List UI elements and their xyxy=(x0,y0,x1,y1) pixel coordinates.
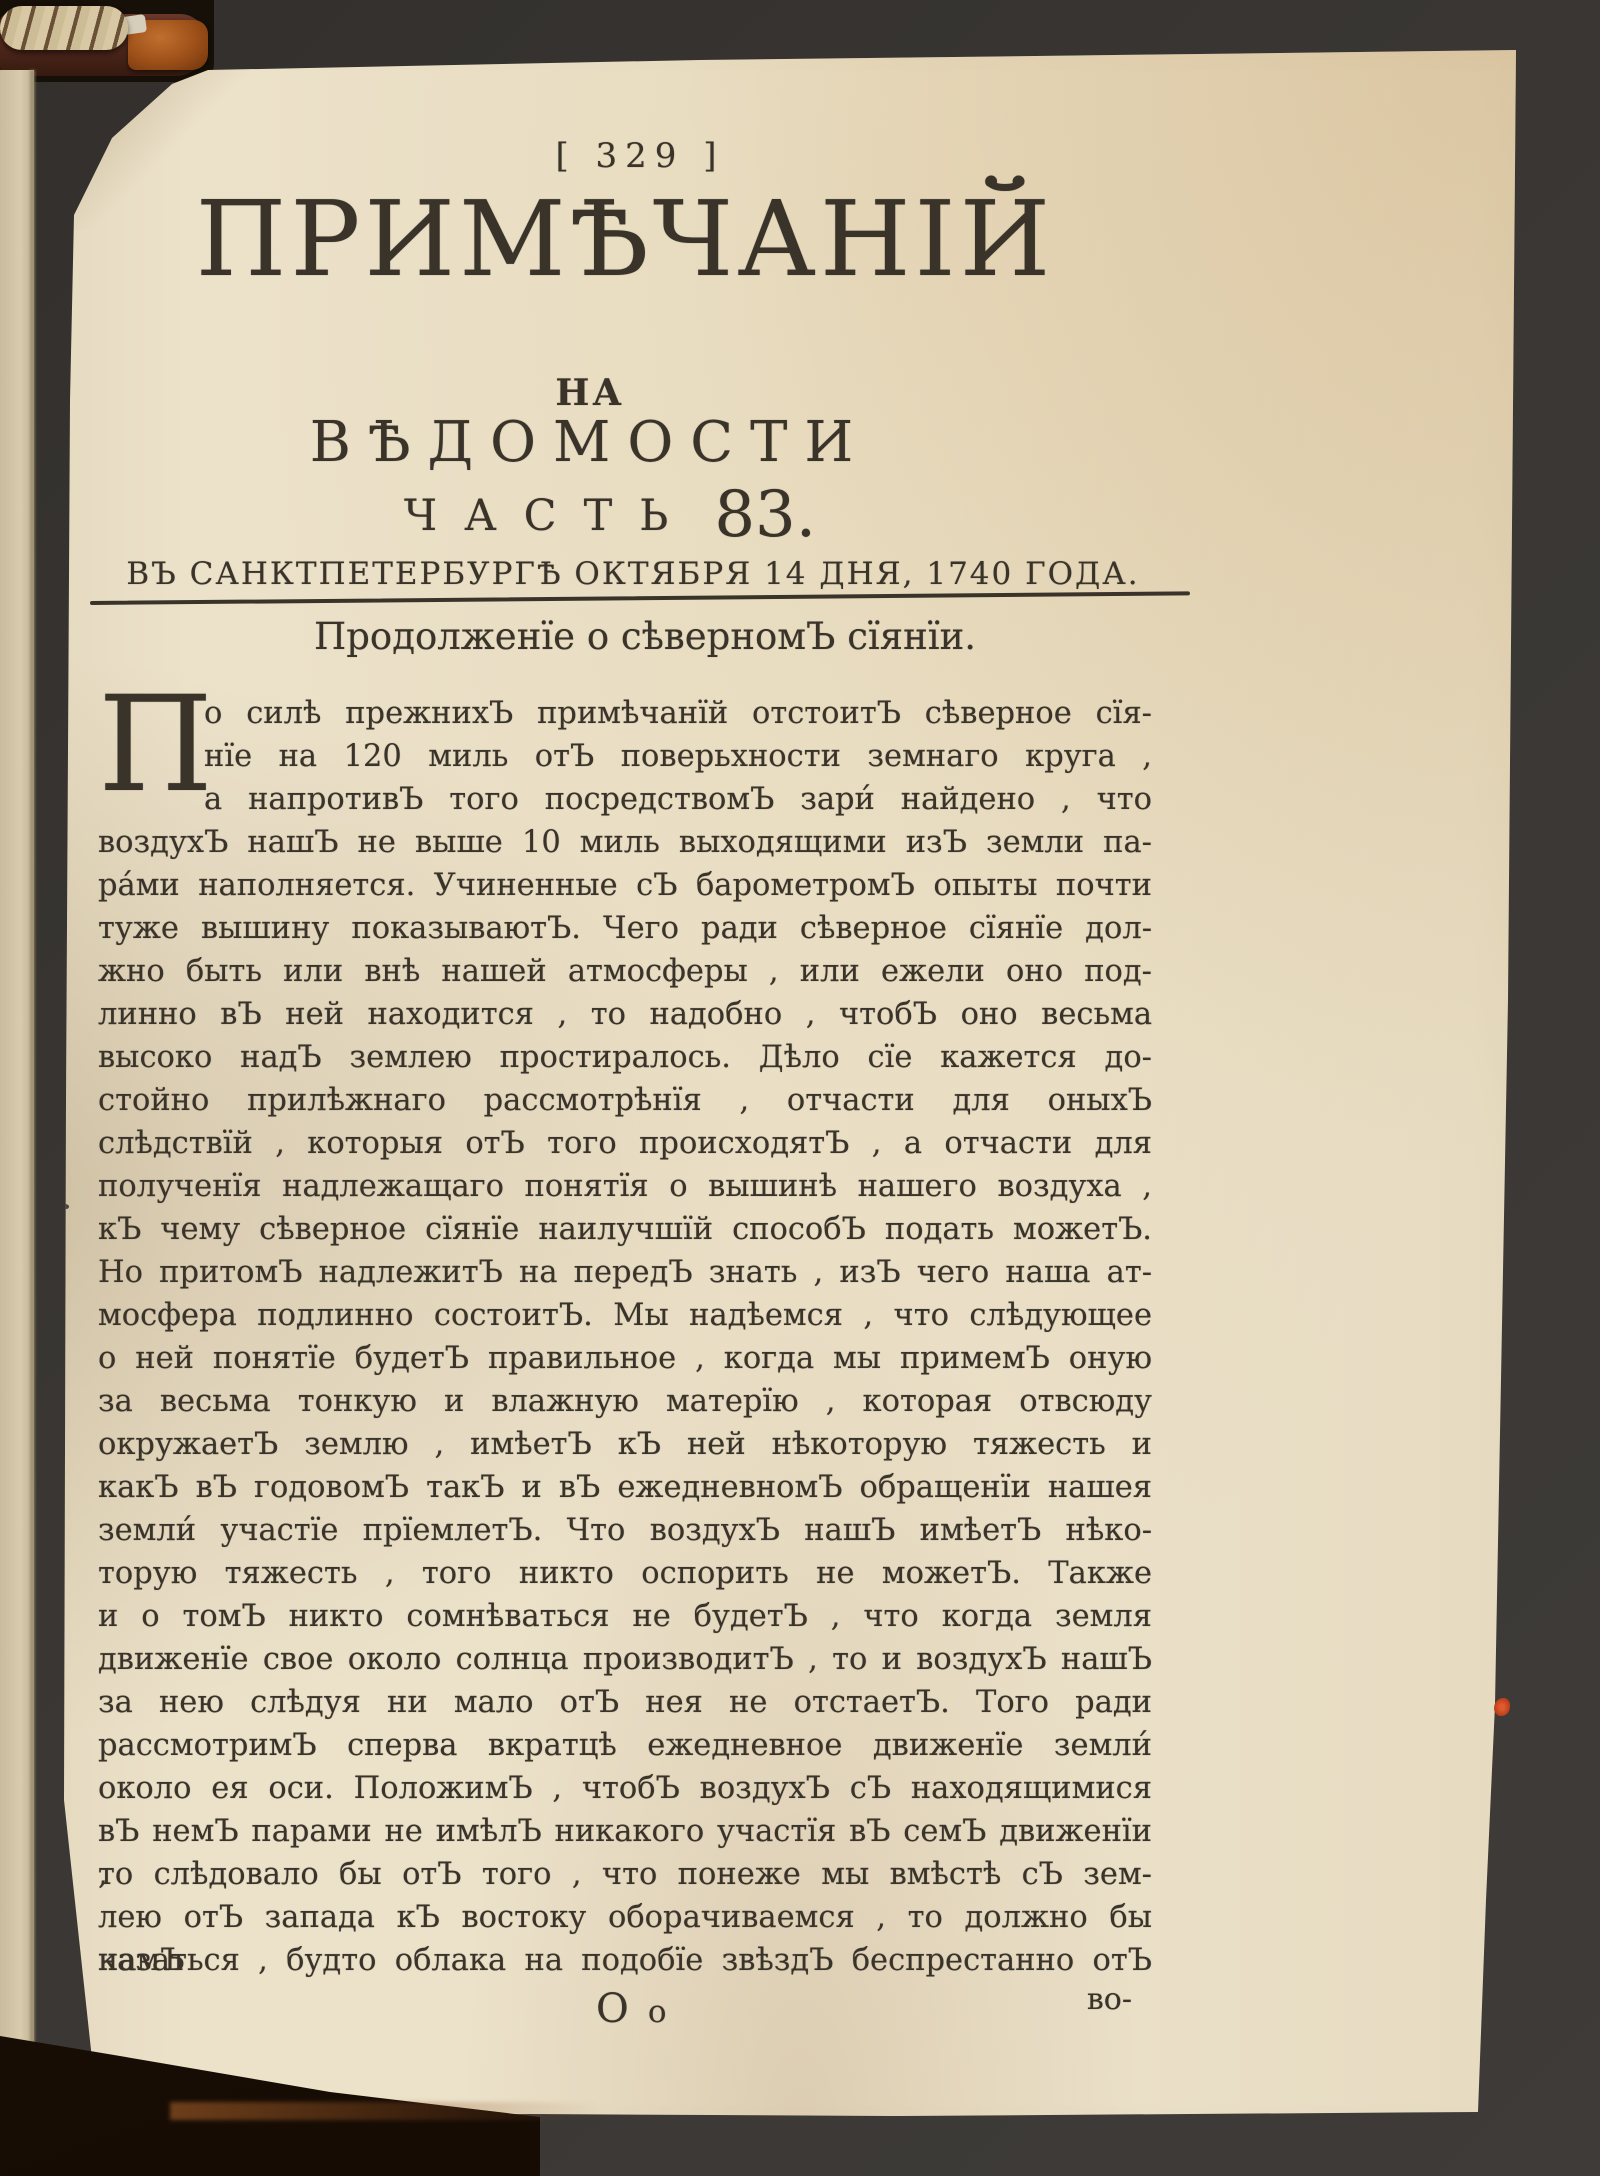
gutter-crease xyxy=(30,70,35,2100)
photograph-backdrop: [ 329 ] ПРИМѢЧАНІЙ НА ВѢДОМОСТИ ЧАСТЬ 83… xyxy=(0,0,1600,2176)
page-number: [ 329 ] xyxy=(545,136,735,176)
journal-title: ПРИМѢЧАНІЙ xyxy=(195,182,1055,296)
signature-mark: О о xyxy=(596,1986,667,2032)
title-na: НА xyxy=(505,372,675,414)
part-line: ЧАСТЬ 83. xyxy=(280,478,940,552)
body-line: линно вЪ ней находится , то надобно , чт… xyxy=(98,993,1152,1036)
red-edge-mark xyxy=(1494,1698,1510,1716)
body-line: окружаетЪ землю , имѣетЪ кЪ ней нѣкотору… xyxy=(98,1423,1152,1466)
body-line: торую тяжесть , того никто оспорить не м… xyxy=(98,1552,1152,1595)
body-line: вЪ немЪ парами не имѣлЪ никакого участїя… xyxy=(98,1810,1152,1853)
body-line: полученїя надлежащаго понятїя о вышинѣ н… xyxy=(98,1165,1152,1208)
body-text: П о силѣ прежнихЪ примѣчанїй отстоитЪ сѣ… xyxy=(98,692,1152,1982)
body-line: туже вышину показываютЪ. Чего ради сѣвер… xyxy=(98,907,1152,950)
body-line: за нею слѣдуя ни мало отЪ нея не отстает… xyxy=(98,1681,1152,1724)
body-line: то слѣдовало бы отЪ того , что понеже мы… xyxy=(98,1853,1152,1896)
body-line: рассмотримЪ сперва вкратцѣ ежедневное дв… xyxy=(98,1724,1152,1767)
body-line: слѣдствїй , которыя отЪ того происходятЪ… xyxy=(98,1122,1152,1165)
part-label: ЧАСТЬ xyxy=(404,491,695,541)
horizontal-rule xyxy=(90,591,1190,604)
signature-mark-lowercase: о xyxy=(648,1994,667,2030)
under-page-edge xyxy=(0,70,34,2100)
imprint-line: ВЪ САНКТПЕТЕРБУРГѢ ОКТЯБРЯ 14 ДНЯ, 1740 … xyxy=(98,556,1168,592)
part-number: 83. xyxy=(714,478,816,552)
section-heading: Продолженїе о сѣверномЪ сїянїи. xyxy=(135,615,1155,658)
drop-cap: П xyxy=(98,694,213,797)
document-page: [ 329 ] ПРИМѢЧАНІЙ НА ВѢДОМОСТИ ЧАСТЬ 83… xyxy=(0,0,1600,2176)
body-line: кЪ чему сѣверное сїянїе наилучшїй способ… xyxy=(98,1208,1152,1251)
body-line: за весьма тонкую и влажную матерїю , кот… xyxy=(98,1380,1152,1423)
body-line: какЪ вЪ годовомЪ такЪ и вЪ ежедневномЪ о… xyxy=(98,1466,1152,1509)
body-line: а напротивЪ того посредствомЪ зари́ найд… xyxy=(98,778,1152,821)
body-line: воздухЪ нашЪ не выше 10 миль выходящими … xyxy=(98,821,1152,864)
body-line: о ней понятїе будетЪ правильное , когда … xyxy=(98,1337,1152,1380)
signature-mark-capital: О xyxy=(596,1986,629,2032)
body-line: земли́ участїе прїемлетЪ. Что воздухЪ на… xyxy=(98,1509,1152,1552)
ink-speck xyxy=(61,1203,69,1210)
title-vedomosti: ВѢДОМОСТИ xyxy=(260,410,920,475)
body-line: о силѣ прежнихЪ примѣчанїй отстоитЪ сѣве… xyxy=(98,692,1152,735)
body-line: нїе на 120 миль отЪ поверьхности земнаго… xyxy=(98,735,1152,778)
body-line: мосфера подлинно состоитЪ. Мы надѣемся ,… xyxy=(98,1294,1152,1337)
book-headband xyxy=(0,6,128,50)
body-line: казаться , будто облака на подобїе звѣзд… xyxy=(98,1939,1152,1982)
body-line: и о томЪ никто сомнѣваться не будетЪ , ч… xyxy=(98,1595,1152,1638)
body-line: высоко надЪ землею простиралось. Дѣло сї… xyxy=(98,1036,1152,1079)
body-line: около ея оси. ПоложимЪ , чтобЪ воздухЪ с… xyxy=(98,1767,1152,1810)
catchword: во- xyxy=(1048,1982,1132,2017)
body-line: жно быть или внѣ нашей атмосферы , или е… xyxy=(98,950,1152,993)
burned-page-edge xyxy=(170,2102,600,2120)
body-line: ра́ми наполняется. Учиненные сЪ барометр… xyxy=(98,864,1152,907)
body-line: Но притомЪ надлежитЪ на передЪ знать , и… xyxy=(98,1251,1152,1294)
body-line: лею отЪ запада кЪ востоку оборачиваемся … xyxy=(98,1896,1152,1939)
body-line: движенїе свое около солнца производитЪ ,… xyxy=(98,1638,1152,1681)
body-line: стойно прилѣжнаго рассмотрѣнїя , отчасти… xyxy=(98,1079,1152,1122)
